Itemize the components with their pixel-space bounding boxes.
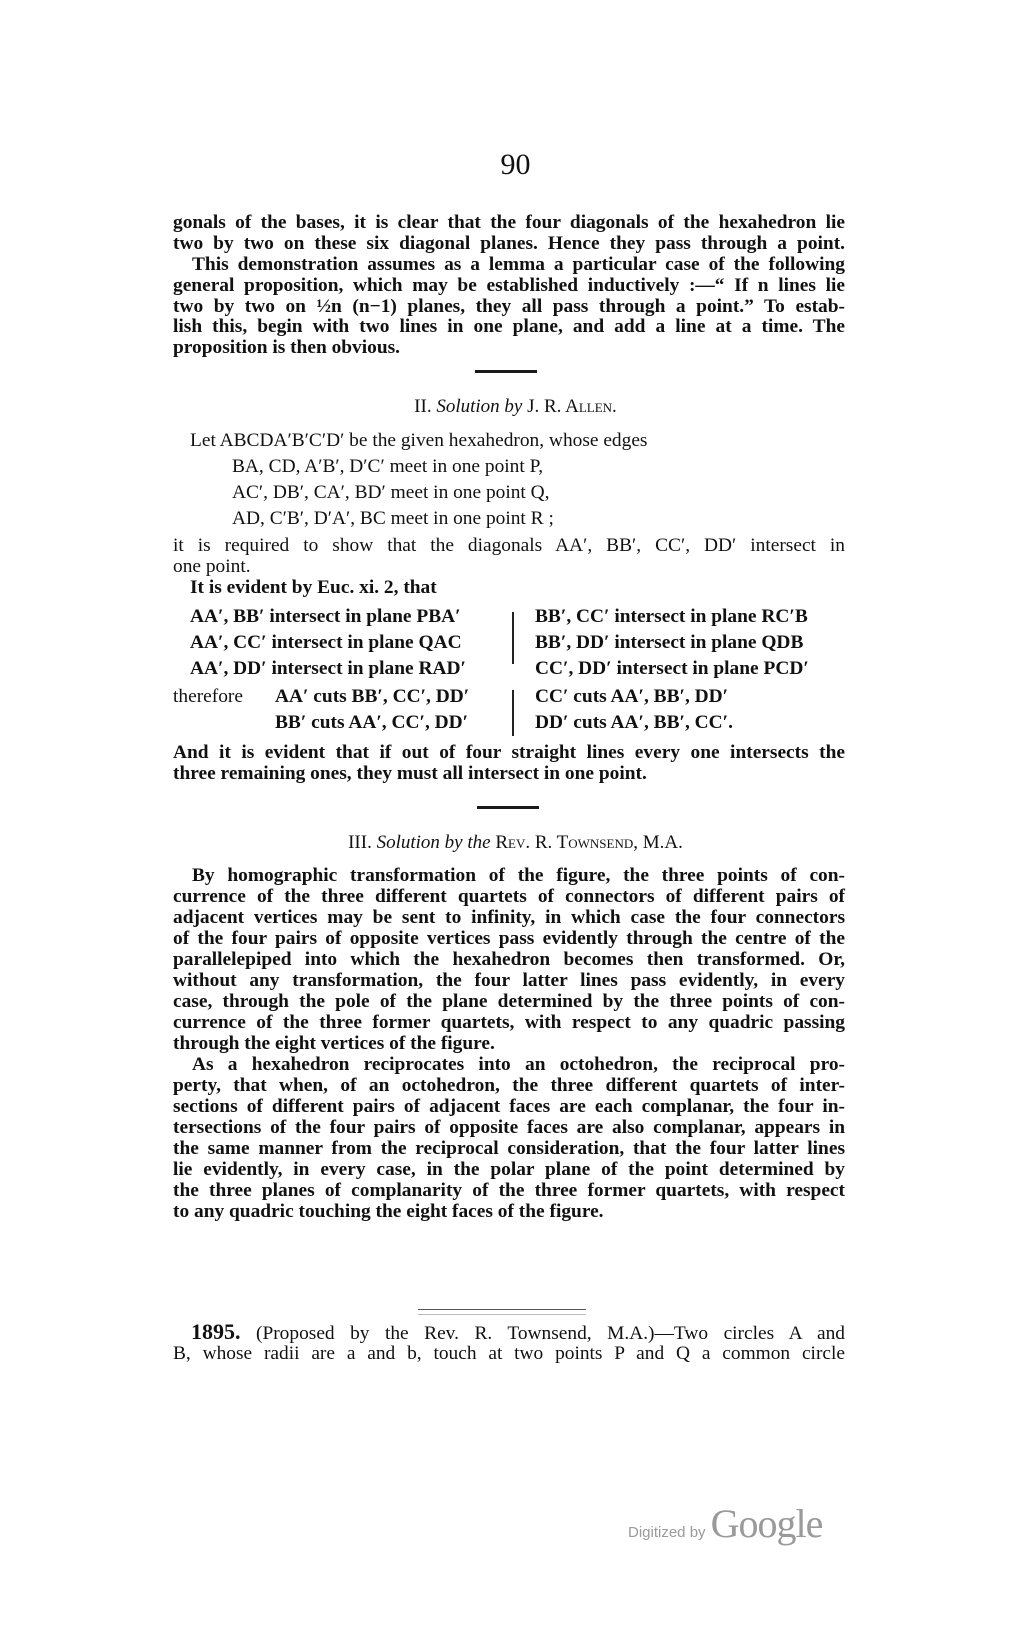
heading-italic: Solution by <box>436 396 522 417</box>
google-logo: Google <box>711 1501 823 1546</box>
end-rule <box>418 1309 586 1310</box>
text-line: This demonstration assumes as a lemma a … <box>192 254 845 275</box>
edge-line: AD, C′B′, D′A′, BC meet in one point R ; <box>232 508 554 530</box>
heading-italic: Solution by the <box>377 832 491 853</box>
edge-line: BA, CD, A′B′, D′C′ meet in one point P, <box>232 456 543 478</box>
heading-author: J. R. Allen. <box>527 396 617 417</box>
text-line: lish this, begin with two lines in one p… <box>173 316 845 337</box>
therefore-label: therefore <box>173 686 243 708</box>
text-line: through the eight vertices of the figure… <box>173 1033 845 1054</box>
text-line: parallelepiped into which the hexahedron… <box>173 949 845 970</box>
text-line: currence of the three different quartets… <box>173 886 845 907</box>
text-line: sections of different pairs of adjacent … <box>173 1096 845 1117</box>
text-line: three remaining ones, they must all inte… <box>173 763 845 784</box>
text-line: of the four pairs of opposite vertices p… <box>173 928 845 949</box>
page-number: 90 <box>0 148 1031 182</box>
text-line: it is required to show that the diagonal… <box>173 535 845 556</box>
text-line: without any transformation, the four lat… <box>173 970 845 991</box>
therefore-left-line: BB′ cuts AA′, CC′, DD′ <box>275 712 468 734</box>
text-line: gonals of the bases, it is clear that th… <box>173 212 845 233</box>
text-line: And it is evident that if out of four st… <box>173 742 845 763</box>
watermark-prefix: Digitized by <box>628 1524 706 1541</box>
right-col-line: CC′, DD′ intersect in plane PCD′ <box>535 658 809 680</box>
section-divider <box>475 370 537 373</box>
text-line: one point. <box>173 556 845 577</box>
question-text: (Proposed by the Rev. R. Townsend, M.A.)… <box>256 1323 845 1344</box>
heading-number: II. <box>414 396 431 417</box>
question-number: 1895. <box>191 1319 241 1344</box>
right-col-line: BB′, CC′ intersect in plane RC′B <box>535 606 808 628</box>
text-line: general proposition, which may be establ… <box>173 275 845 296</box>
left-col-line: AA′, CC′ intersect in plane QAC <box>190 632 462 654</box>
section-heading-iii: III. Solution by the Rev. R. Townsend, M… <box>0 832 1031 854</box>
google-watermark: Digitized by Google <box>628 1500 822 1547</box>
column-separator <box>512 612 514 664</box>
text-line: By homographic transformation of the fig… <box>192 865 845 886</box>
text-line: two by two on these six diagonal planes.… <box>173 233 845 254</box>
text-line: It is evident by Euc. xi. 2, that <box>190 577 437 599</box>
left-col-line: AA′, DD′ intersect in plane RAD′ <box>190 658 466 680</box>
end-rule-faint <box>418 1314 586 1315</box>
therefore-right-line: CC′ cuts AA′, BB′, DD′ <box>535 686 728 708</box>
intro-line: Let ABCDA′B′C′D′ be the given hexahedron… <box>190 430 647 452</box>
text-line: As a hexahedron reciprocates into an oct… <box>192 1054 845 1075</box>
text-line: lie evidently, in every case, in the pol… <box>173 1159 845 1180</box>
right-col-line: BB′, DD′ intersect in plane QDB <box>535 632 803 654</box>
therefore-right-line: DD′ cuts AA′, BB′, CC′. <box>535 712 733 734</box>
section-heading-ii: II. Solution by J. R. Allen. <box>0 396 1031 418</box>
text-line: the same manner from the reciprocal cons… <box>173 1138 845 1159</box>
therefore-left-line: AA′ cuts BB′, CC′, DD′ <box>275 686 469 708</box>
question-line: 1895. (Proposed by the Rev. R. Townsend,… <box>173 1321 845 1344</box>
text-line: two by two on ½n (n−1) planes, they all … <box>173 296 845 317</box>
text-line: the three planes of complanarity of the … <box>173 1180 845 1201</box>
text-line: to any quadric touching the eight faces … <box>173 1201 845 1222</box>
left-col-line: AA′, BB′ intersect in plane PBA′ <box>190 606 461 628</box>
text-line: adjacent vertices may be sent to infinit… <box>173 907 845 928</box>
column-separator <box>512 690 514 736</box>
edge-line: AC′, DB′, CA′, BD′ meet in one point Q, <box>232 482 550 504</box>
text-line: proposition is then obvious. <box>173 337 845 358</box>
heading-number: III. <box>348 832 372 853</box>
section-divider <box>477 806 539 809</box>
text-line: currence of the three former quartets, w… <box>173 1012 845 1033</box>
question-line: B, whose radii are a and b, touch at two… <box>173 1343 845 1364</box>
text-line: perty, that when, of an octohedron, the … <box>173 1075 845 1096</box>
book-page: 90 gonals of the bases, it is clear that… <box>0 0 1031 1626</box>
heading-author: Rev. R. Townsend, M.A. <box>495 832 683 853</box>
text-line: case, through the pole of the plane dete… <box>173 991 845 1012</box>
text-line: tersections of the four pairs of opposit… <box>173 1117 845 1138</box>
